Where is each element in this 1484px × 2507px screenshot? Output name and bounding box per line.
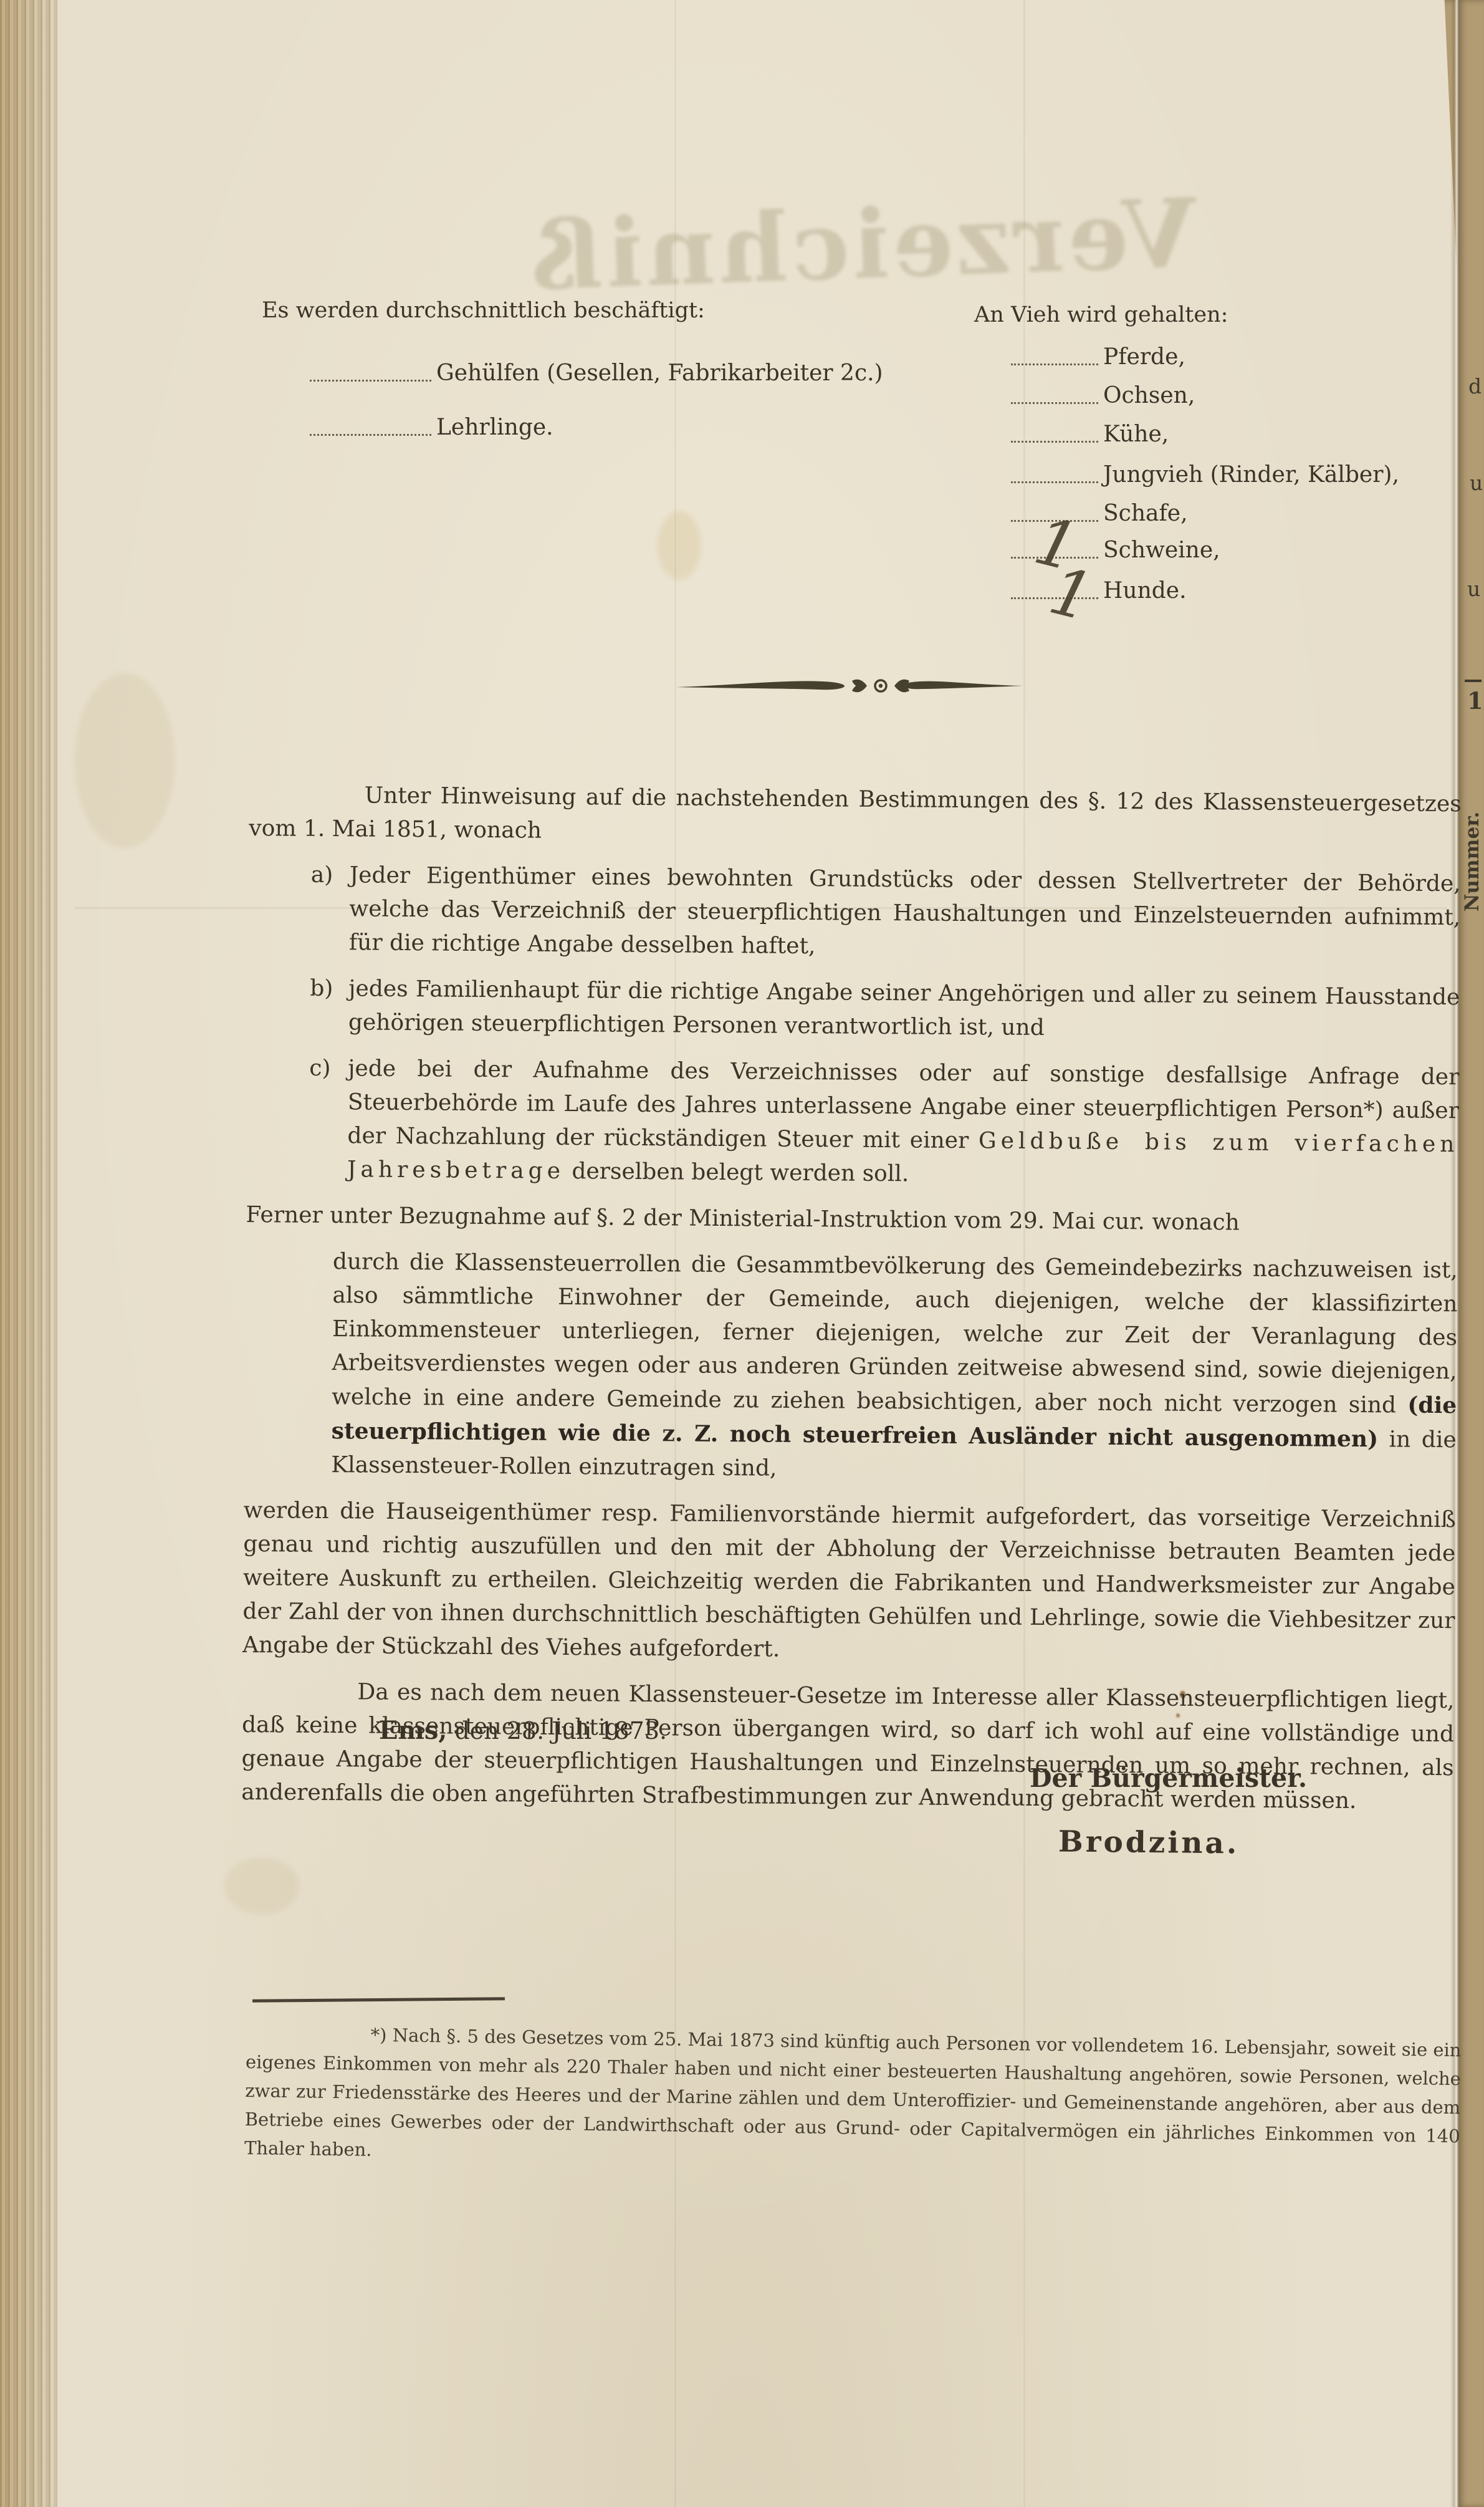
footnote-text: *) Nach §. 5 des Gesetzes vom 25. Mai 18… bbox=[244, 2019, 1462, 2179]
dotted-fill-line bbox=[1011, 463, 1098, 483]
list-item-c: c) jede bei der Aufnahme des Verzeichnis… bbox=[309, 1052, 1460, 1195]
livestock-row-label: Pferde, bbox=[1103, 344, 1185, 370]
stain bbox=[658, 511, 701, 580]
announcement-body: Unter Hinweisung auf die nachstehenden B… bbox=[241, 778, 1462, 1831]
livestock-row: Schafe, bbox=[1011, 501, 1188, 526]
employment-row: Gehülfen (Gesellen, Fabrikarbeiter 2c.) bbox=[310, 360, 883, 386]
item-marker: a) bbox=[311, 859, 333, 892]
stain bbox=[224, 1858, 299, 1914]
ornamental-divider bbox=[675, 672, 1024, 700]
intro-paragraph: Unter Hinweisung auf die nachstehenden B… bbox=[249, 778, 1462, 855]
dotted-fill-line bbox=[1011, 422, 1098, 443]
livestock-row-label: Schafe, bbox=[1103, 501, 1188, 526]
scanned-document-page: Verzeichniß Es werden durchschnittlich b… bbox=[0, 0, 1484, 2507]
place-name: Ems, bbox=[379, 1716, 447, 1745]
stain bbox=[75, 673, 175, 848]
indented-block: durch die Klassensteuerrollen die Gesamm… bbox=[331, 1245, 1458, 1491]
item-text: jedes Familienhaupt für die richtige Ang… bbox=[348, 976, 1460, 1041]
livestock-heading: An Vieh wird gehalten: bbox=[974, 302, 1228, 327]
dotted-fill-line bbox=[310, 361, 431, 382]
item-marker: b) bbox=[310, 972, 333, 1006]
livestock-row: Jungvieh (Rinder, Kälber), bbox=[1011, 462, 1399, 488]
dotted-fill-line bbox=[1011, 383, 1098, 404]
item-text: Jeder Eigenthümer eines bewohnten Grunds… bbox=[349, 862, 1461, 959]
bleedthrough-text: Verzeichniß bbox=[609, 177, 1199, 309]
edge-rotated-column-label: Nummer. bbox=[1461, 799, 1483, 912]
place-date-line: Ems, den 28. Juli 1873. bbox=[379, 1716, 667, 1745]
livestock-row: Hunde. bbox=[1011, 578, 1187, 604]
livestock-row: Pferde, bbox=[1011, 344, 1185, 370]
edge-fragment: u bbox=[1467, 577, 1480, 601]
mayor-title: Der Bürgermeister. bbox=[1030, 1763, 1307, 1793]
employment-row: Lehrlinge. bbox=[310, 415, 553, 440]
item-text: derselben belegt werden soll. bbox=[565, 1158, 909, 1186]
date-text: den 28. Juli 1873. bbox=[447, 1717, 667, 1744]
livestock-row-label: Jungvieh (Rinder, Kälber), bbox=[1103, 462, 1399, 488]
livestock-row: Ochsen, bbox=[1011, 383, 1195, 408]
edge-fragment: 1 bbox=[1467, 687, 1483, 715]
binding-edge bbox=[0, 0, 57, 2507]
mayor-signature: Brodzina. bbox=[1058, 1824, 1240, 1860]
livestock-row: Kühe, bbox=[1011, 421, 1169, 447]
footnote-rule bbox=[252, 1997, 505, 2003]
lettered-list: a) Jeder Eigenthümer eines bewohnten Gru… bbox=[309, 859, 1461, 1195]
edge-fragment: u bbox=[1470, 471, 1483, 495]
block-text: durch die Klassensteuerrollen die Gesamm… bbox=[332, 1249, 1458, 1418]
employment-heading: Es werden durchschnittlich beschäftigt: bbox=[262, 298, 705, 323]
closing-paragraph: Da es nach dem neuen Klassensteuer-Geset… bbox=[241, 1675, 1455, 1819]
list-item-b: b) jedes Familienhaupt für die richtige … bbox=[310, 972, 1460, 1048]
dotted-fill-line bbox=[1011, 345, 1098, 365]
livestock-row-label: Hunde. bbox=[1103, 578, 1187, 604]
ferner-paragraph: Ferner unter Bezugnahme auf §. 2 der Min… bbox=[246, 1198, 1458, 1241]
employment-row-label: Gehülfen (Gesellen, Fabrikarbeiter 2c.) bbox=[436, 360, 883, 386]
edge-table-rule bbox=[1465, 680, 1482, 682]
dotted-fill-line bbox=[310, 415, 431, 436]
request-paragraph: werden die Hauseigenthümer resp. Familie… bbox=[242, 1494, 1456, 1672]
livestock-row-label: Ochsen, bbox=[1103, 383, 1195, 408]
edge-fragment: d bbox=[1468, 374, 1482, 398]
item-marker: c) bbox=[309, 1052, 331, 1085]
list-item-a: a) Jeder Eigenthümer eines bewohnten Gru… bbox=[310, 859, 1461, 968]
livestock-row-label: Schweine, bbox=[1103, 537, 1220, 563]
livestock-row-label: Kühe, bbox=[1103, 421, 1169, 447]
employment-row-label: Lehrlinge. bbox=[436, 415, 553, 440]
